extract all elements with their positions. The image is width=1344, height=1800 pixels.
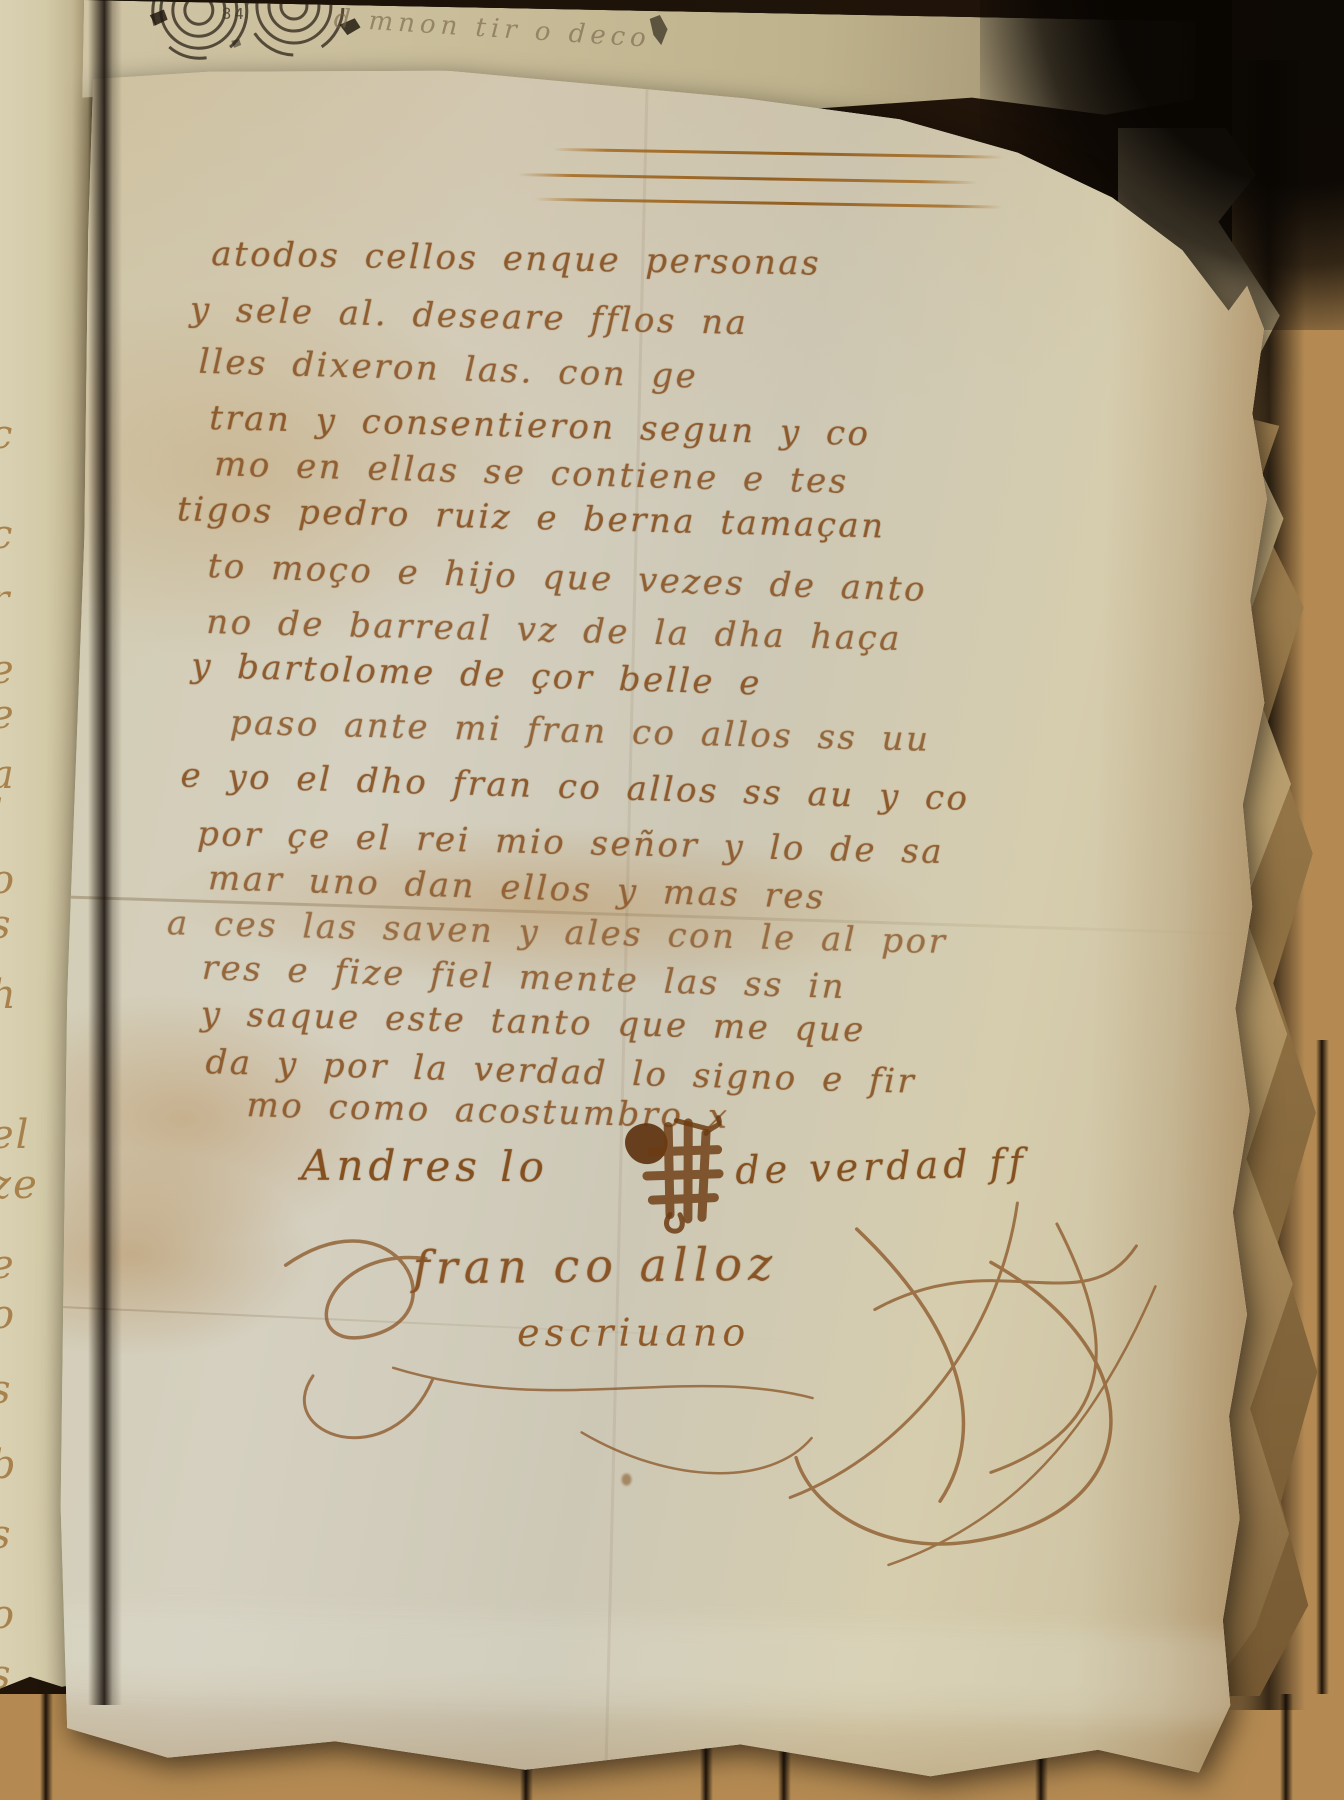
ink-ruled-line <box>517 173 977 184</box>
binding-gutter-shadow <box>88 0 122 1705</box>
pale-band <box>50 1607 1244 1726</box>
manuscript-text-line: atodos cellos enque personas <box>211 237 821 281</box>
manuscript-text-line: paso ante mi fran co allos ss uu <box>229 706 930 757</box>
cutoff-letter: s <box>0 905 13 945</box>
ink-ruled-line <box>535 198 1003 209</box>
cutoff-letter: l <box>0 795 5 835</box>
manuscript-text-line: y bartolome de çor belle e <box>191 649 763 701</box>
manuscript-text-line: to moço e hijo que vezes de anto <box>207 549 927 607</box>
cutoff-letter: s <box>0 1370 13 1410</box>
cutoff-letter: ze <box>0 1165 39 1205</box>
cutoff-letter: e <box>0 695 16 735</box>
cutoff-letter: a <box>0 755 16 795</box>
cutoff-letter: s <box>0 1655 13 1692</box>
manuscript-text-line: e yo el dho fran co allos ss au y co <box>180 758 970 815</box>
cutoff-letter: o <box>0 1595 16 1635</box>
cutoff-letter: h <box>0 975 18 1015</box>
manuscript-text-line: no de barreal vz de la dha haça <box>206 605 902 656</box>
signature-title: escriuano <box>517 1313 750 1351</box>
folio-number: 84 <box>222 7 247 22</box>
ink-ruled-line <box>553 148 1003 159</box>
cutoff-letter: el <box>0 1115 30 1155</box>
manuscript-page: atodos cellos enque personas y sele al. … <box>48 62 1281 1791</box>
manuscript-text-line: y sele al. deseare fflos na <box>190 293 749 341</box>
signature-name: fran co alloz <box>413 1241 779 1291</box>
cutoff-letter: s <box>0 1515 13 1555</box>
cutoff-letter: o <box>0 1295 16 1335</box>
cutoff-letter: e <box>0 1245 16 1285</box>
cutoff-letter: o <box>0 860 16 900</box>
cutoff-letter: r <box>0 580 11 620</box>
wood-plank-gap <box>1316 1040 1329 1800</box>
cutoff-letter: b <box>0 1445 18 1485</box>
cutoff-letter: e <box>0 650 16 690</box>
cutoff-letter: c <box>0 415 14 455</box>
manuscript-photo-scene: c c r e e a l o s h el ze e o s b s o s <box>0 0 1344 1800</box>
manuscript-text-line: lles dixeron las. con ge <box>198 345 699 394</box>
manuscript-text-line: tran y consentieron segun y co <box>209 401 871 451</box>
closing-word-after-seal: de verdad ff <box>735 1144 1028 1190</box>
manuscript-text-line: mo en ellas se contiene e tes <box>214 447 849 499</box>
cutoff-letter: c <box>0 515 14 555</box>
wood-plank-gap <box>40 1694 53 1800</box>
